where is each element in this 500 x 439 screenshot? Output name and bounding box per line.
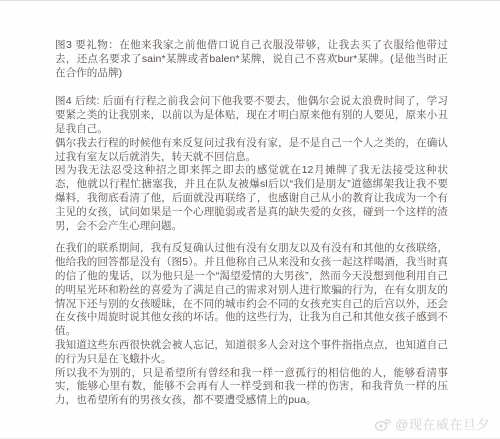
post-background: 图3 要礼物：在他来我家之前他借口说自己衣服没带够，让我去买了衣服给他带过去，还… — [0, 0, 500, 439]
post-text-body: 图3 要礼物：在他来我家之前他借口说自己衣服没带够，让我去买了衣服给他带过去，还… — [55, 39, 448, 408]
paragraph: 在我们的联系期间，我有反复确认过他有没有女朋友以及有没有和其他的女孩联络，他给我… — [55, 242, 448, 339]
paragraph: 图3 要礼物：在他来我家之前他借口说自己衣服没带够，让我去买了衣服给他带过去，还… — [55, 39, 448, 80]
paragraph: 图4 后续: 后面有行程之前我会问下他我要不要去，他偶尔会说太浪费时间了，学习要… — [55, 95, 448, 136]
paragraph: 我知道这些东西很快就会被人忘记，知道很多人会对这个事件指指点点，也知道自己的行为… — [55, 339, 448, 367]
weibo-logo-icon — [374, 416, 392, 432]
watermark-handle: @现在威在旦夕 — [395, 414, 490, 433]
paragraph: 所以我不为别的，只是希望所有曾经和我一样一意孤行的相信他的人，能够看清事实，能够… — [55, 367, 448, 408]
section-gift-request: 图3 要礼物：在他来我家之前他借口说自己衣服没带够，让我去买了衣服给他带过去，还… — [55, 39, 448, 80]
section-conclusion: 在我们的联系期间，我有反复确认过他有没有女朋友以及有没有和其他的女孩联络，他给我… — [55, 242, 448, 408]
paragraph: 因为我无法忍受这种招之即来挥之即去的感觉就在12月摊牌了我无法接受这种状态，他就… — [55, 164, 448, 233]
paragraph: 偶尔我去行程的时候他有来反复问过我有没有家，是不是自己一个人之类的，在确认过我有… — [55, 137, 448, 165]
watermark: @现在威在旦夕 — [374, 414, 490, 433]
section-followup: 图4 后续: 后面有行程之前我会问下他我要不要去，他偶尔会说太浪费时间了，学习要… — [55, 95, 448, 233]
